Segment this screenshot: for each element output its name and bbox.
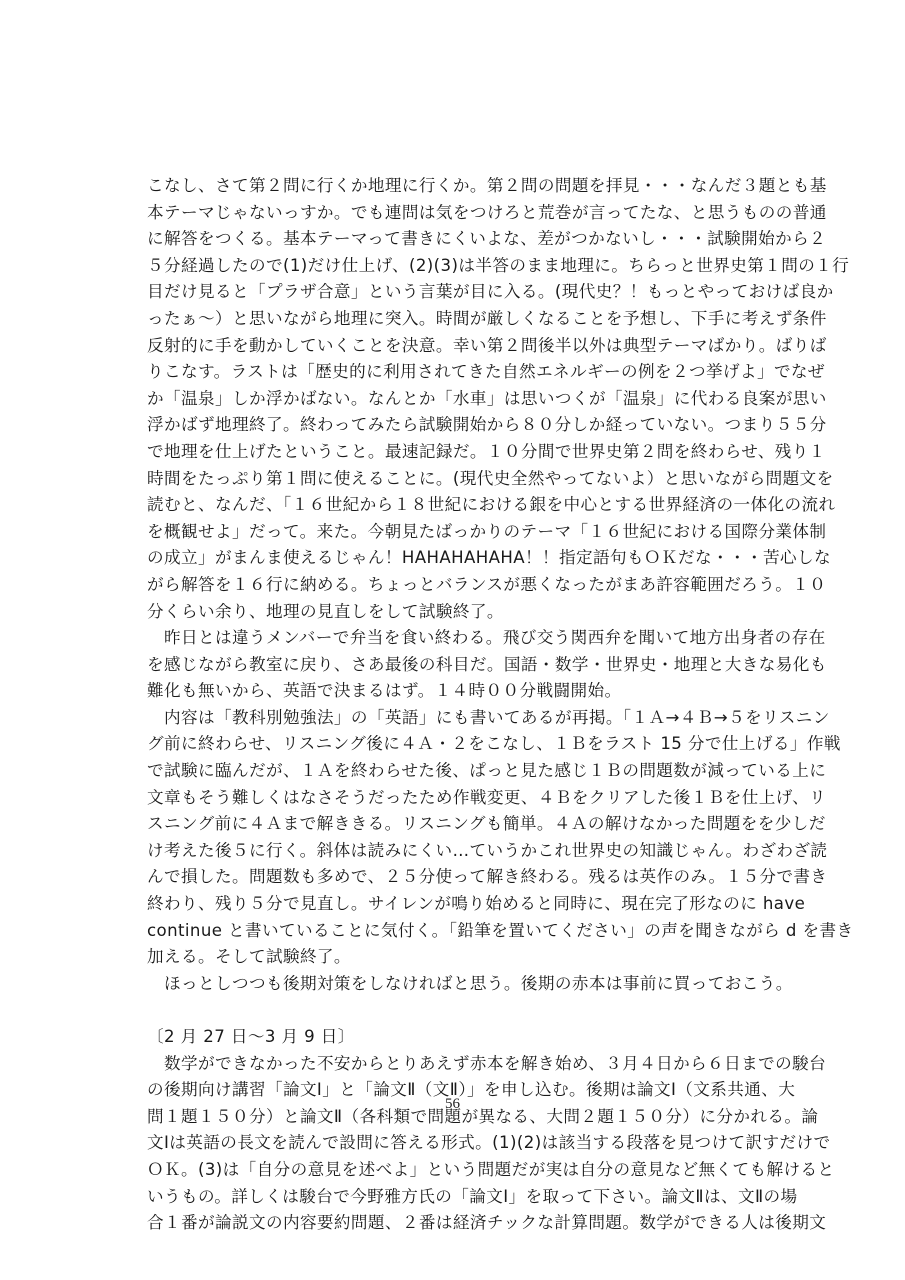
text-line: んで損した。問題数も多めで、２５分使って解き終わる。残るは英作のみ。１５分で書き	[147, 864, 761, 891]
date-range-heading: 〔2 月 27 日～3 月 9 日〕	[147, 1024, 761, 1051]
text-line: を概観せよ」だって。来た。今朝見たばっかりのテーマ「１６世紀における国際分業体制	[147, 519, 761, 546]
text-line: 読むと、なんだ、「１６世紀から１８世紀における銀を中心とする世界経済の一体化の流…	[147, 492, 761, 519]
text-line: か「温泉」しか浮かばない。なんとか「水車」は思いつくが「温泉」に代わる良案が思い	[147, 386, 761, 413]
text-line: 終わり、残り５分で見直し。サイレンが鳴り始めると同時に、現在完了形なのに hav…	[147, 891, 761, 918]
text-line: continue と書いていることに気付く。「鉛筆を置いてください」の声を聞きな…	[147, 918, 761, 945]
text-line: グ前に終わらせ、リスニング後に４Ａ・２をこなし、１Ｂをラスト 15 分で仕上げる…	[147, 731, 761, 758]
text-line: スニング前に４Ａまで解ききる。リスニングも簡単。４Ａの解けなかった問題をを少しだ	[147, 811, 761, 838]
text-line: 合１番が論説文の内容要約問題、２番は経済チックな計算問題。数学ができる人は後期文	[147, 1210, 761, 1237]
text-line: 本テーマじゃないっすか。でも連問は気をつけろと荒巻が言ってたな、と思うものの普通	[147, 200, 761, 227]
text-line: で地理を仕上げたということ。最速記録だ。１０分間で世界史第２問を終わらせ、残り１	[147, 439, 761, 466]
text-line: 目だけ見ると「プラザ合意」という言葉が目に入る。(現代史？！もっとやっておけば良…	[147, 279, 761, 306]
section-heading-date-range: 〔2 月 27 日～3 月 9 日〕	[147, 1024, 761, 1051]
text-line: 浮かばず地理終了。終わってみたら試験開始から８０分しか経っていない。つまり５５分	[147, 412, 761, 439]
text-line: に解答をつくる。基本テーマって書きにくいよな、差がつかないし・・・試験開始から２	[147, 226, 761, 253]
text-line: の成立」がまんま使えるじゃん！HAHAHAHAHA！！指定語句もＯＫだな・・・苦…	[147, 545, 761, 572]
text-line: 時間をたっぷり第１問に使えることに。(現代史全然やってないよ）と思いながら問題文…	[147, 466, 761, 493]
text-line: 内容は「教科別勉強法」の「英語」にも書いてあるが再掲。「１Ａ→４Ｂ→５をリスニン	[147, 705, 761, 732]
text-line: 分くらい余り、地理の見直しをして試験終了。	[147, 599, 761, 626]
text-line: を感じながら教室に戻り、さあ最後の科目だ。国語・数学・世界史・地理と大きな易化も	[147, 652, 761, 679]
body-text: こなし、さて第２問に行くか地理に行くか。第２問の問題を拝見・・・なんだ３題とも基…	[147, 173, 761, 1237]
text-line: で試験に臨んだが、１Ａを終わらせた後、ぱっと見た感じ１Ｂの問題数が減っている上に	[147, 758, 761, 785]
text-line: 昨日とは違うメンバーで弁当を食い終わる。飛び交う関西弁を聞いて地方出身者の存在	[147, 625, 761, 652]
text-line: ったぁ～）と思いながら地理に突入。時間が厳しくなることを予想し、下手に考えず条件	[147, 306, 761, 333]
blank-line	[147, 997, 761, 1024]
text-line: け考えた後５に行く。斜体は読みにくい…ていうかこれ世界史の知識じゃん。わざわざ読	[147, 838, 761, 865]
paragraph-lunch-break: 昨日とは違うメンバーで弁当を食い終わる。飛び交う関西弁を聞いて地方出身者の存在 …	[147, 625, 761, 705]
text-line: 反射的に手を動かしていくことを決意。幸い第２問後半以外は典型テーマばかり。ばりば	[147, 333, 761, 360]
text-line: ５分経過したので(1)だけ仕上げ、(2)(3)は半答のまま地理に。ちらっと世界史…	[147, 253, 761, 280]
text-line: 難化も無いから、英語で決まるはず。１４時００分戦闘開始。	[147, 678, 761, 705]
text-line: いうもの。詳しくは駿台で今野雅方氏の「論文Ⅰ」を取って下さい。論文Ⅱは、文Ⅱの場	[147, 1184, 761, 1211]
paragraph-relief: ほっとしつつも後期対策をしなければと思う。後期の赤本は事前に買っておこう。	[147, 971, 761, 998]
text-line: 加える。そして試験終了。	[147, 944, 761, 971]
paragraph-exam-world-history-geography: こなし、さて第２問に行くか地理に行くか。第２問の問題を拝見・・・なんだ３題とも基…	[147, 173, 761, 625]
text-line: 数学ができなかった不安からとりあえず赤本を解き始め、３月４日から６日までの駿台	[147, 1051, 761, 1078]
paragraph-late-exam-prep: 数学ができなかった不安からとりあえず赤本を解き始め、３月４日から６日までの駿台 …	[147, 1051, 761, 1237]
text-line: 文Ⅰは英語の長文を読んで設問に答える形式。(1)(2)は該当する段落を見つけて訳…	[147, 1130, 761, 1157]
text-line: ほっとしつつも後期対策をしなければと思う。後期の赤本は事前に買っておこう。	[147, 971, 761, 998]
paragraph-english-exam: 内容は「教科別勉強法」の「英語」にも書いてあるが再掲。「１Ａ→４Ｂ→５をリスニン…	[147, 705, 761, 971]
page-number: 56	[0, 1096, 905, 1113]
text-line: がら解答を１６行に納める。ちょっとバランスが悪くなったがまあ許容範囲だろう。１０	[147, 572, 761, 599]
text-line: ＯＫ。(3)は「自分の意見を述べよ」という問題だが実は自分の意見など無くても解け…	[147, 1157, 761, 1184]
text-line: こなし、さて第２問に行くか地理に行くか。第２問の問題を拝見・・・なんだ３題とも基	[147, 173, 761, 200]
text-line: 文章もそう難しくはなさそうだったため作戦変更、４Ｂをクリアした後１Ｂを仕上げ、リ	[147, 785, 761, 812]
text-line: りこなす。ラストは「歴史的に利用されてきた自然エネルギーの例を２つ挙げよ」でなぜ	[147, 359, 761, 386]
document-page: こなし、さて第２問に行くか地理に行くか。第２問の問題を拝見・・・なんだ３題とも基…	[0, 0, 905, 1280]
